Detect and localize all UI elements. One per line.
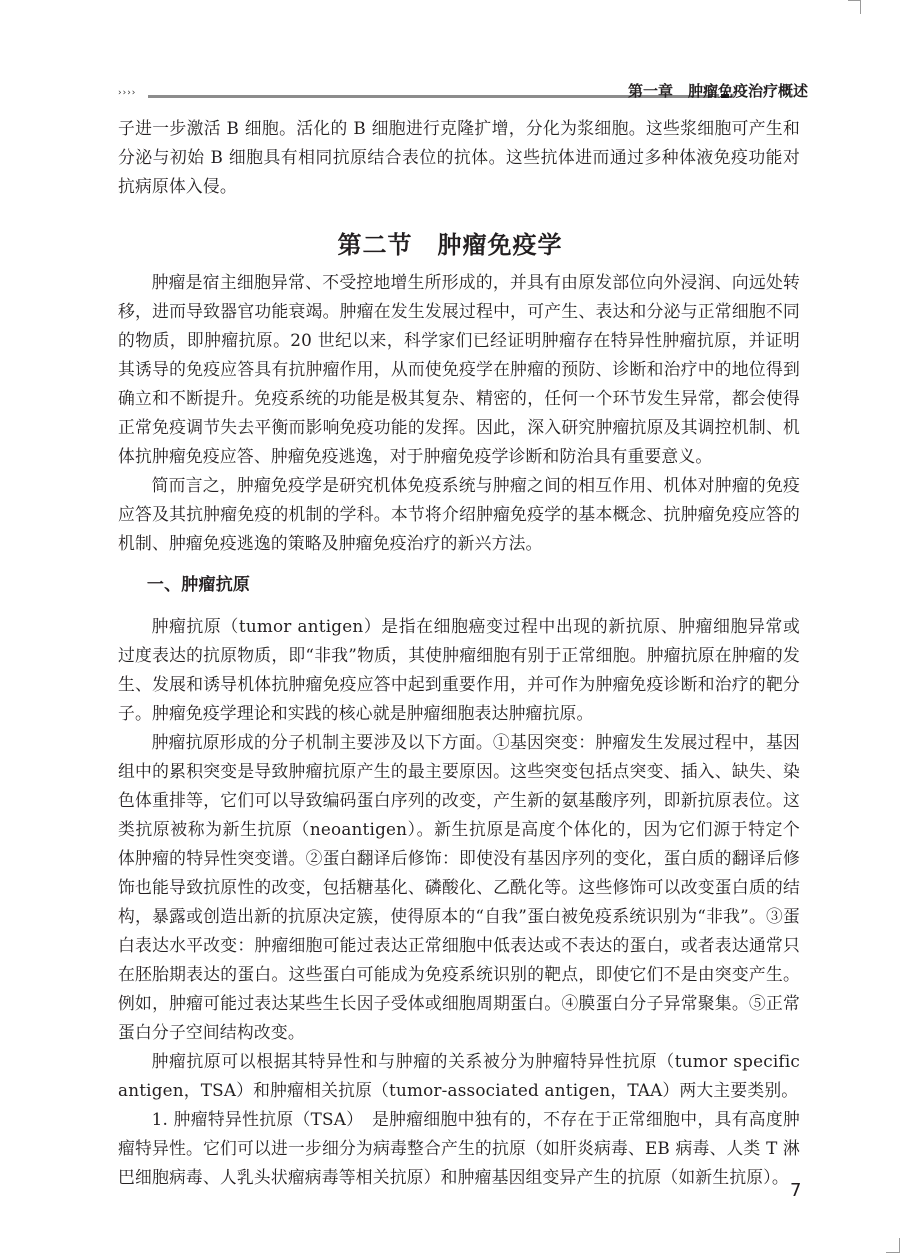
intro-block: 子进一步激活 B 细胞。活化的 B 细胞进行克隆扩增，分化为浆细胞。这些浆细胞可…	[118, 114, 800, 201]
paragraph: 1. 肿瘤特异性抗原（TSA） 是肿瘤细胞中独有的，不存在于正常细胞中，具有高度…	[118, 1105, 800, 1192]
section-body: 肿瘤是宿主细胞异常、不受控地增生所形成的，并具有由原发部位向外浸润、向远处转移，…	[118, 268, 800, 1192]
header-rule	[148, 95, 708, 98]
intro-paragraph: 子进一步激活 B 细胞。活化的 B 细胞进行克隆扩增，分化为浆细胞。这些浆细胞可…	[118, 114, 800, 201]
paragraph: 肿瘤是宿主细胞异常、不受控地增生所形成的，并具有由原发部位向外浸润、向远处转移，…	[118, 268, 800, 471]
paragraph: 肿瘤抗原（tumor antigen）是指在细胞癌变过程中出现的新抗原、肿瘤细胞…	[118, 612, 800, 728]
paragraph: 肿瘤抗原可以根据其特异性和与肿瘤的关系被分为肿瘤特异性抗原（tumor spec…	[118, 1047, 800, 1105]
page-number: 7	[790, 1180, 801, 1201]
header-arrows-decoration: ››››	[118, 88, 136, 98]
paragraph: 肿瘤抗原形成的分子机制主要涉及以下方面。①基因突变：肿瘤发生发展过程中，基因组中…	[118, 728, 800, 1047]
chapter-title: 第一章 肿瘤免疫治疗概述	[628, 82, 808, 100]
crop-mark-top-right-h	[848, 0, 860, 1]
paragraph: 简而言之，肿瘤免疫学是研究机体免疫系统与肿瘤之间的相互作用、机体对肿瘤的免疫应答…	[118, 471, 800, 558]
subsection-heading: 一、肿瘤抗原	[118, 570, 800, 600]
crop-mark-top-right-v	[860, 0, 861, 14]
section-title: 第二节 肿瘤免疫学	[0, 225, 900, 260]
running-header: ›››› 第一章 肿瘤免疫治疗概述	[118, 82, 808, 102]
